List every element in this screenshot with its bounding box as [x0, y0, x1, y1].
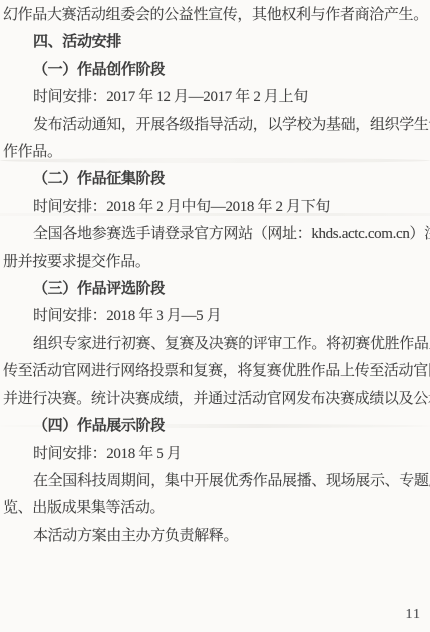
paragraph-line: 组织专家进行初赛、复赛及决赛的评审工作。将初赛优胜作品上: [3, 331, 427, 358]
subsection-heading-2: （二）作品征集阶段: [3, 166, 427, 193]
subsection-heading-4: （四）作品展示阶段: [3, 413, 427, 440]
schedule-line: 时间安排：2017 年 12 月—2017 年 2 月上旬: [3, 84, 427, 111]
section-heading-4: 四、活动安排: [3, 29, 427, 56]
paragraph-continuation: 册并按要求提交作品。: [3, 249, 427, 276]
paragraph-continuation: 览、出版成果集等活动。: [3, 495, 427, 522]
document-page: 幻作品大赛活动组委会的公益性宣传，其他权利与作者商洽产生。 四、活动安排 （一）…: [0, 0, 430, 632]
schedule-line: 时间安排：2018 年 3 月—5 月: [3, 303, 427, 330]
paragraph-line: 在全国科技周期间，集中开展优秀作品展播、现场展示、专题展: [3, 468, 427, 495]
subsection-heading-1: （一）作品创作阶段: [3, 57, 427, 84]
schedule-line: 时间安排：2018 年 5 月: [3, 441, 427, 468]
schedule-line: 时间安排：2018 年 2 月中旬—2018 年 2 月下旬: [3, 194, 427, 221]
paragraph-continuation: 传至活动官网进行网络投票和复赛，将复赛优胜作品上传至活动官网: [3, 358, 427, 385]
page-number: 11: [406, 607, 421, 623]
paragraph-line: 全国各地参赛选手请登录官方网站（网址：khds.actc.com.cn）注: [3, 221, 427, 248]
paragraph-line: 发布活动通知，开展各级指导活动，以学校为基础，组织学生创: [3, 112, 427, 139]
paragraph-continuation: 幻作品大赛活动组委会的公益性宣传，其他权利与作者商洽产生。: [3, 2, 427, 29]
paragraph-continuation: 并进行决赛。统计决赛成绩，并通过活动官网发布决赛成绩以及公示。: [3, 386, 427, 413]
document-body: 幻作品大赛活动组委会的公益性宣传，其他权利与作者商洽产生。 四、活动安排 （一）…: [3, 2, 427, 550]
subsection-heading-3: （三）作品评选阶段: [3, 276, 427, 303]
closing-statement: 本活动方案由主办方负责解释。: [3, 523, 427, 550]
paragraph-continuation: 作作品。: [3, 139, 427, 166]
